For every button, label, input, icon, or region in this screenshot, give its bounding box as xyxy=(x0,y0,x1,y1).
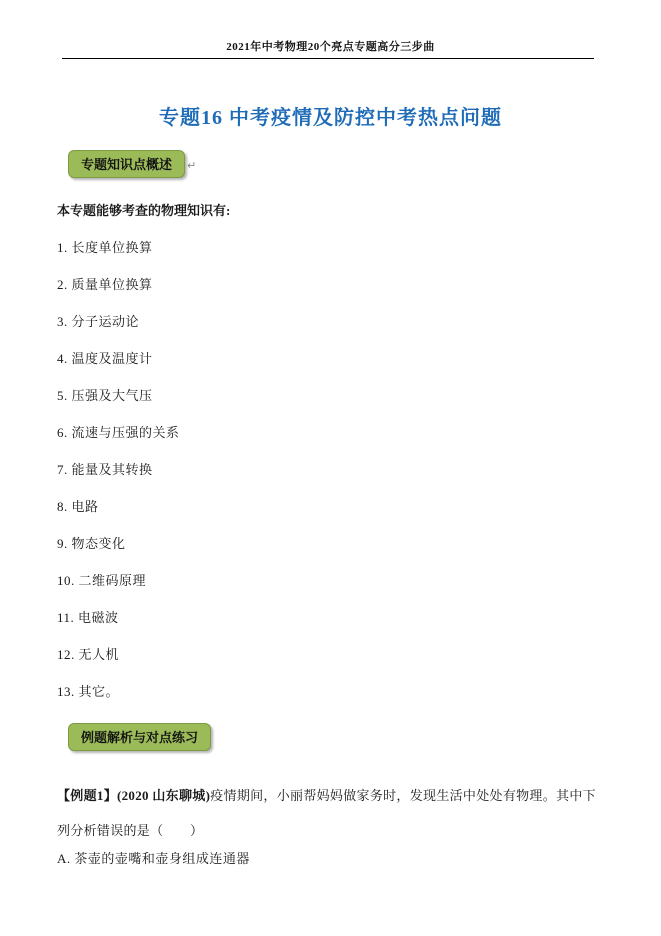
knowledge-point-item: 13. 其它。 xyxy=(57,681,119,700)
knowledge-point-item: 1. 长度单位换算 xyxy=(57,237,153,256)
knowledge-point-item: 7. 能量及其转换 xyxy=(57,459,153,478)
overview-badge: 专题知识点概述 xyxy=(68,150,185,178)
knowledge-point-item: 12. 无人机 xyxy=(57,644,119,663)
document-page: 2021年中考物理20个亮点专题高分三步曲 专题16 中考疫情及防控中考热点问题… xyxy=(0,0,661,936)
example-paragraph: 【例题1】(2020 山东聊城)疫情期间，小丽帮妈妈做家务时，发现生活中处处有物… xyxy=(57,778,606,848)
practice-badge-row: 例题解析与对点练习 xyxy=(68,723,211,751)
header-text: 2021年中考物理20个亮点专题高分三步曲 xyxy=(0,38,661,54)
knowledge-point-item: 5. 压强及大气压 xyxy=(57,385,153,404)
header-rule xyxy=(62,58,594,59)
overview-badge-row: 专题知识点概述↵ xyxy=(68,150,196,178)
intro-text: 本专题能够考查的物理知识有: xyxy=(57,200,230,219)
knowledge-point-item: 9. 物态变化 xyxy=(57,533,126,552)
example-label: 【例题1】(2020 山东聊城) xyxy=(57,788,210,803)
knowledge-point-item: 4. 温度及温度计 xyxy=(57,348,153,367)
knowledge-point-item: 6. 流速与压强的关系 xyxy=(57,422,180,441)
option-a: A. 茶壶的壶嘴和壶身组成连通器 xyxy=(57,848,250,867)
paragraph-mark-icon: ↵ xyxy=(187,159,196,172)
knowledge-point-item: 8. 电路 xyxy=(57,496,99,515)
knowledge-point-item: 11. 电磁波 xyxy=(57,607,119,626)
practice-badge: 例题解析与对点练习 xyxy=(68,723,211,751)
knowledge-point-item: 2. 质量单位换算 xyxy=(57,274,153,293)
knowledge-point-item: 10. 二维码原理 xyxy=(57,570,146,589)
page-title: 专题16 中考疫情及防控中考热点问题 xyxy=(0,101,661,130)
knowledge-point-item: 3. 分子运动论 xyxy=(57,311,139,330)
